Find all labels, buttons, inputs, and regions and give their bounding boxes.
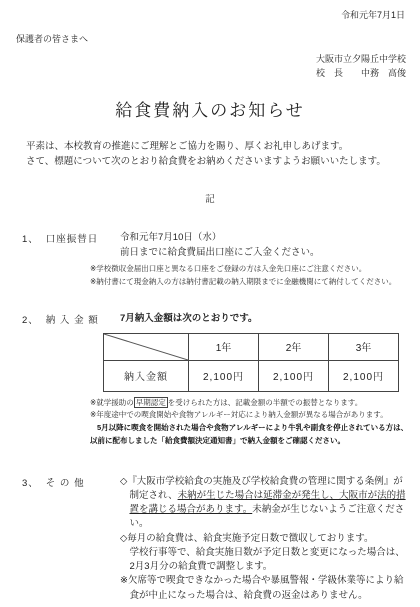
fee-value-grade1: 2,100円	[189, 360, 259, 391]
fee-table-header-row: 1年 2年 3年	[104, 333, 399, 360]
section2-note-2: ※年度途中での喫食開始や食物アレルギー対応により納入金額が異なる場合があります。	[90, 409, 420, 422]
greeting-line-2: さて、標題について次のとおり給食費をお納めくださいますようお願いいたします。	[26, 155, 405, 170]
section1-note-2: ※納付書にて現金納入の方は納付書記載の納入期限までに金融機関にて納付してください…	[90, 276, 405, 289]
salutation: 保護者の皆さまへ	[16, 32, 407, 45]
section3-heading: そ の 他	[46, 478, 85, 489]
section2-content: 7月納入金額は次のとおりです。	[120, 312, 406, 326]
section2-label: 2、納 入 金 額	[13, 312, 120, 326]
school-name: 大阪市立夕陽丘中学校	[13, 53, 406, 67]
greeting-line-1: 平素は、本校教育の推進にご理解とご協力を賜り、厚くお礼申しあげます。	[26, 140, 405, 155]
fee-value-grade3: 2,100円	[329, 360, 399, 391]
table-header-grade2: 2年	[259, 333, 329, 360]
section2-intro: 7月納入金額は次のとおりです。	[120, 312, 406, 326]
note1-boxed-term: 早期認定	[134, 397, 168, 408]
section3-number: 3、	[22, 475, 39, 489]
section3-content: ◇『大阪市学校給食の実施及び学校給食費の管理に関する条例』が制定され、未納が生じ…	[120, 475, 406, 603]
table-header-grade1: 1年	[189, 333, 259, 360]
section3-bullet-2: ◇毎月の給食費は、給食実施予定日数で徴収しております。	[120, 532, 406, 546]
note1-post: を受けられた方は、記載金額の半額での振替となります。	[168, 398, 362, 407]
section1-note-1: ※学校徴収金届出口座と異なる口座をご登録の方は入金先口座にご注意ください。	[90, 263, 405, 276]
sender-block: 大阪市立夕陽丘中学校 校 長 中務 高俊	[13, 53, 407, 81]
section2-note-1: ※就学援助の早期認定を受けられた方は、記載金額の半額での振替となります。	[90, 397, 412, 410]
section3-label: 3、そ の 他	[13, 475, 120, 603]
fee-value-grade2: 2,100円	[259, 360, 329, 391]
page-title: 給食費納入のお知らせ	[13, 96, 407, 121]
section2-note-3-line2: 以前に配布しました「給食費額決定通知書」で納入金額をご確認ください。	[90, 435, 412, 448]
section1-heading: 口座振替日	[46, 234, 99, 245]
section3-bullet-3: ※欠席等で喫食できなかった場合や暴風警報・学級休業等により給食が中止になった場合…	[120, 574, 406, 603]
section-other: 3、そ の 他 ◇『大阪市学校給食の実施及び学校給食費の管理に関する条例』が制定…	[13, 475, 406, 603]
section-payment-amount: 2、納 入 金 額 7月納入金額は次のとおりです。	[13, 312, 406, 326]
table-row-label: 納入金額	[104, 360, 189, 391]
section2-heading: 納 入 金 額	[46, 315, 99, 326]
section2-number: 2、	[22, 312, 39, 326]
section2-notes: ※就学援助の早期認定を受けられた方は、記載金額の半額での振替となります。 ※年度…	[13, 397, 407, 448]
section1-label: 1、口座振替日	[13, 231, 120, 260]
note1-pre: ※就学援助の	[90, 398, 134, 407]
deposit-instruction: 前日までに給食費届出口座にご入金ください。	[120, 246, 406, 260]
principal-name: 校 長 中務 高俊	[13, 67, 406, 81]
section2-note-3-line1: 5月以降に喫食を開始された場合や食物アレルギーにより牛乳や副食を停止されている方…	[97, 422, 415, 435]
section3-bullet-2-continuation: 学校行事等で、給食実施日数が予定日数と変更になった場合は、2月3月分の給食費で調…	[130, 546, 407, 575]
diagonal-line	[104, 334, 188, 360]
greeting-paragraph: 平素は、本校教育の推進にご理解とご協力を賜り、厚くお礼申しあげます。 さて、標題…	[26, 140, 405, 169]
document-date: 令和元年7月1日	[13, 8, 407, 21]
table-header-grade3: 3年	[329, 333, 399, 360]
section-account-transfer-date: 1、口座振替日 令和元年7月10日（水） 前日までに給食費届出口座にご入金くださ…	[13, 231, 406, 260]
section1-content: 令和元年7月10日（水） 前日までに給食費届出口座にご入金ください。	[120, 231, 406, 260]
fee-table: 1年 2年 3年 納入金額 2,100円 2,100円 2,100円	[103, 333, 399, 392]
section1-number: 1、	[22, 231, 39, 245]
notice-document: 令和元年7月1日 保護者の皆さまへ 大阪市立夕陽丘中学校 校 長 中務 高俊 給…	[0, 0, 420, 607]
section1-notes: ※学校徴収金届出口座と異なる口座をご登録の方は入金先口座にご注意ください。 ※納…	[90, 263, 405, 289]
fee-table-data-row: 納入金額 2,100円 2,100円 2,100円	[104, 360, 399, 391]
section3-bullet-1: ◇『大阪市学校給食の実施及び学校給食費の管理に関する条例』が制定され、未納が生じ…	[120, 475, 406, 532]
table-corner-cell	[104, 333, 189, 360]
transfer-date: 令和元年7月10日（水）	[120, 231, 406, 245]
ki-mark: 記	[13, 191, 407, 205]
